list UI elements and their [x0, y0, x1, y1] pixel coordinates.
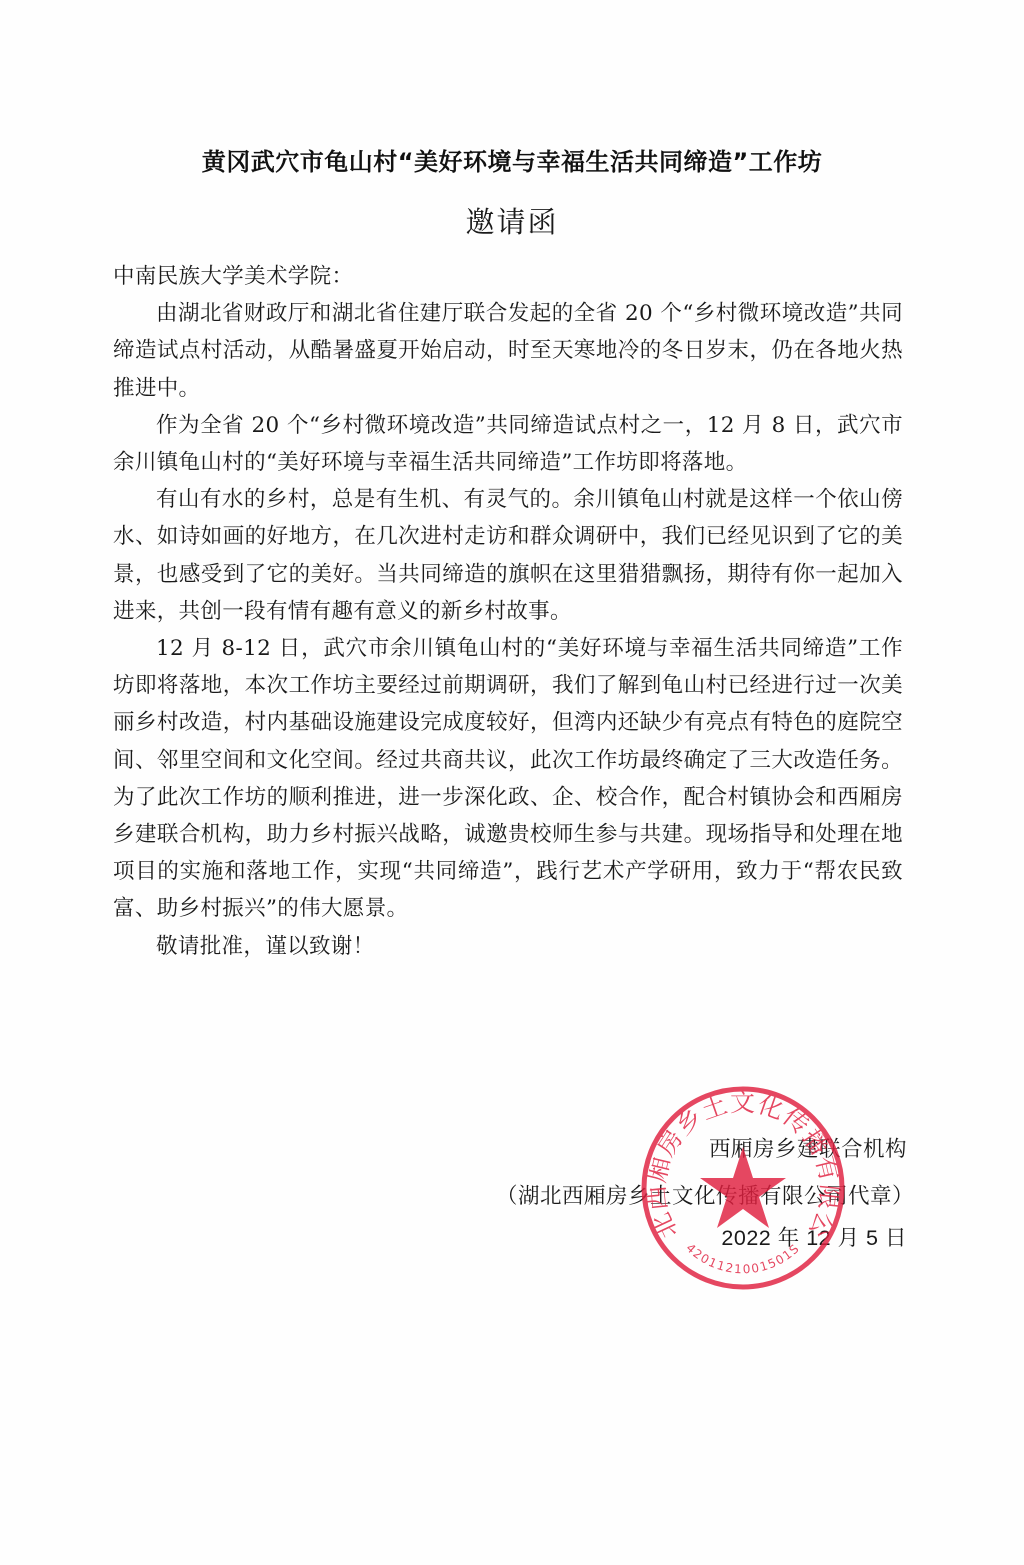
signature-note: （湖北西厢房乡土文化传播有限公司代章） [496, 1179, 914, 1210]
seal-ring-text: 湖北西厢房乡土文化传播有限公司 [640, 1085, 845, 1243]
signature-date: 2022 年 12 月 5 日 [721, 1221, 907, 1252]
document-title: 黄冈武穴市龟山村“美好环境与幸福生活共同缔造”工作坊 [0, 142, 1024, 177]
salutation: 中南民族大学美术学院： [113, 258, 903, 295]
signature-organization: 西厢房乡建联合机构 [709, 1132, 907, 1163]
letter-body: 中南民族大学美术学院： 由湖北省财政厅和湖北省住建厅联合发起的全省 20 个“乡… [113, 258, 903, 965]
paragraph-3: 有山有水的乡村，总是有生机、有灵气的。余川镇龟山村就是这样一个依山傍水、如诗如画… [113, 481, 903, 630]
closing-line: 敬请批准，谨以致谢！ [113, 928, 903, 965]
paragraph-4: 12 月 8-12 日，武穴市余川镇龟山村的“美好环境与幸福生活共同缔造”工作坊… [113, 630, 903, 928]
document-subtitle: 邀请函 [0, 200, 1024, 241]
paragraph-1: 由湖北省财政厅和湖北省住建厅联合发起的全省 20 个“乡村微环境改造”共同缔造试… [113, 295, 903, 407]
paragraph-2: 作为全省 20 个“乡村微环境改造”共同缔造试点村之一，12 月 8 日，武穴市… [113, 407, 903, 481]
svg-text:湖北西厢房乡土文化传播有限公司: 湖北西厢房乡土文化传播有限公司 [640, 1085, 845, 1243]
document-page: 黄冈武穴市龟山村“美好环境与幸福生活共同缔造”工作坊 邀请函 中南民族大学美术学… [0, 0, 1024, 1565]
